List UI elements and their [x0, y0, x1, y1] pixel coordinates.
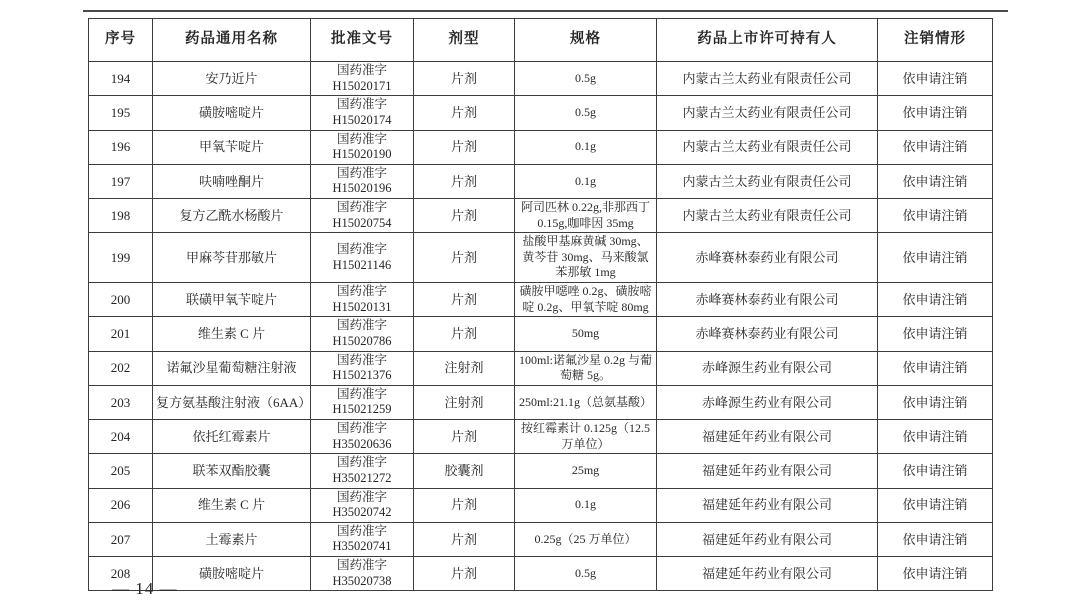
- cell-no: 198: [89, 199, 153, 233]
- cell-form: 片剂: [414, 62, 515, 96]
- cell-form: 片剂: [414, 164, 515, 198]
- cell-spec: 盐酸甲基麻黄碱 30mg、黄芩苷 30mg、马来酸氯苯那敏 1mg: [515, 233, 657, 283]
- cell-approval: 国药准字 H15021376: [311, 351, 414, 385]
- cell-holder: 赤峰赛林泰药业有限公司: [657, 233, 878, 283]
- cell-name: 维生素 C 片: [153, 317, 311, 351]
- cell-holder: 内蒙古兰太药业有限责任公司: [657, 164, 878, 198]
- column-header-holder: 药品上市许可持有人: [657, 19, 878, 62]
- cell-approval: 国药准字 H15020754: [311, 199, 414, 233]
- page-number: — 14 —: [112, 579, 178, 599]
- table-row: 195磺胺嘧啶片国药准字 H15020174片剂0.5g内蒙古兰太药业有限责任公…: [89, 96, 993, 130]
- cell-status: 依申请注销: [878, 283, 993, 317]
- cell-spec: 25mg: [515, 454, 657, 488]
- table-row: 203复方氨基酸注射液（6AA）国药准字 H15021259注射剂250ml:2…: [89, 385, 993, 419]
- cell-no: 207: [89, 522, 153, 556]
- cell-approval: 国药准字 H15020131: [311, 283, 414, 317]
- cell-status: 依申请注销: [878, 522, 993, 556]
- cell-spec: 磺胺甲噁唑 0.2g、磺胺嘧啶 0.2g、甲氧苄啶 80mg: [515, 283, 657, 317]
- cell-form: 片剂: [414, 283, 515, 317]
- cell-status: 依申请注销: [878, 385, 993, 419]
- cell-approval: 国药准字 H35020738: [311, 557, 414, 591]
- cell-name: 磺胺嘧啶片: [153, 96, 311, 130]
- cell-holder: 福建延年药业有限公司: [657, 454, 878, 488]
- column-header-spec: 规格: [515, 19, 657, 62]
- cell-name: 维生素 C 片: [153, 488, 311, 522]
- cell-holder: 赤峰源生药业有限公司: [657, 385, 878, 419]
- cell-status: 依申请注销: [878, 454, 993, 488]
- table-row: 196甲氧苄啶片国药准字 H15020190片剂0.1g内蒙古兰太药业有限责任公…: [89, 130, 993, 164]
- cell-holder: 福建延年药业有限公司: [657, 522, 878, 556]
- cell-spec: 0.5g: [515, 62, 657, 96]
- cell-holder: 福建延年药业有限公司: [657, 420, 878, 454]
- cell-form: 片剂: [414, 233, 515, 283]
- drug-deregistration-table: 序号 药品通用名称 批准文号 剂型 规格 药品上市许可持有人 注销情形 194安…: [88, 18, 993, 591]
- cell-name: 复方氨基酸注射液（6AA）: [153, 385, 311, 419]
- table-row: 194安乃近片国药准字 H15020171片剂0.5g内蒙古兰太药业有限责任公司…: [89, 62, 993, 96]
- cell-no: 197: [89, 164, 153, 198]
- cell-holder: 内蒙古兰太药业有限责任公司: [657, 199, 878, 233]
- table-body: 194安乃近片国药准字 H15020171片剂0.5g内蒙古兰太药业有限责任公司…: [89, 62, 993, 591]
- cell-spec: 0.5g: [515, 96, 657, 130]
- cell-approval: 国药准字 H15020174: [311, 96, 414, 130]
- cell-name: 呋喃唑酮片: [153, 164, 311, 198]
- cell-form: 片剂: [414, 522, 515, 556]
- table-row: 204依托红霉素片国药准字 H35020636片剂按红霉素计 0.125g（12…: [89, 420, 993, 454]
- table-row: 202诺氟沙星葡萄糖注射液国药准字 H15021376注射剂100ml:诺氟沙星…: [89, 351, 993, 385]
- table-row: 207土霉素片国药准字 H35020741片剂0.25g（25 万单位）福建延年…: [89, 522, 993, 556]
- cell-no: 194: [89, 62, 153, 96]
- cell-approval: 国药准字 H35020742: [311, 488, 414, 522]
- cell-form: 片剂: [414, 488, 515, 522]
- table-row: 200联磺甲氧苄啶片国药准字 H15020131片剂磺胺甲噁唑 0.2g、磺胺嘧…: [89, 283, 993, 317]
- cell-no: 203: [89, 385, 153, 419]
- cell-no: 201: [89, 317, 153, 351]
- cell-approval: 国药准字 H15020171: [311, 62, 414, 96]
- cell-status: 依申请注销: [878, 130, 993, 164]
- cell-status: 依申请注销: [878, 488, 993, 522]
- cell-name: 诺氟沙星葡萄糖注射液: [153, 351, 311, 385]
- column-header-status: 注销情形: [878, 19, 993, 62]
- cell-name: 甲氧苄啶片: [153, 130, 311, 164]
- cell-status: 依申请注销: [878, 317, 993, 351]
- cell-holder: 内蒙古兰太药业有限责任公司: [657, 96, 878, 130]
- cell-name: 土霉素片: [153, 522, 311, 556]
- cell-approval: 国药准字 H15021259: [311, 385, 414, 419]
- table-row: 208磺胺嘧啶片国药准字 H35020738片剂0.5g福建延年药业有限公司依申…: [89, 557, 993, 591]
- cell-spec: 0.5g: [515, 557, 657, 591]
- cell-no: 195: [89, 96, 153, 130]
- cell-spec: 0.1g: [515, 164, 657, 198]
- cell-spec: 按红霉素计 0.125g（12.5万单位）: [515, 420, 657, 454]
- table-header-row: 序号 药品通用名称 批准文号 剂型 规格 药品上市许可持有人 注销情形: [89, 19, 993, 62]
- cell-no: 199: [89, 233, 153, 283]
- cell-status: 依申请注销: [878, 164, 993, 198]
- column-header-name: 药品通用名称: [153, 19, 311, 62]
- cell-spec: 0.1g: [515, 130, 657, 164]
- cell-status: 依申请注销: [878, 62, 993, 96]
- cell-holder: 福建延年药业有限公司: [657, 557, 878, 591]
- cell-form: 片剂: [414, 420, 515, 454]
- cell-spec: 0.25g（25 万单位）: [515, 522, 657, 556]
- cell-approval: 国药准字 H35020636: [311, 420, 414, 454]
- cell-no: 200: [89, 283, 153, 317]
- table-row: 201维生素 C 片国药准字 H15020786片剂50mg赤峰赛林泰药业有限公…: [89, 317, 993, 351]
- cell-holder: 内蒙古兰太药业有限责任公司: [657, 130, 878, 164]
- column-header-no: 序号: [89, 19, 153, 62]
- column-header-form: 剂型: [414, 19, 515, 62]
- table-row: 198复方乙酰水杨酸片国药准字 H15020754片剂阿司匹林 0.22g,非那…: [89, 199, 993, 233]
- cell-spec: 阿司匹林 0.22g,非那西丁 0.15g,咖啡因 35mg: [515, 199, 657, 233]
- cell-no: 205: [89, 454, 153, 488]
- table-row: 205联苯双酯胶囊国药准字 H35021272胶囊剂25mg福建延年药业有限公司…: [89, 454, 993, 488]
- cell-status: 依申请注销: [878, 351, 993, 385]
- cell-approval: 国药准字 H15020190: [311, 130, 414, 164]
- cell-holder: 赤峰源生药业有限公司: [657, 351, 878, 385]
- cell-name: 安乃近片: [153, 62, 311, 96]
- cell-form: 片剂: [414, 96, 515, 130]
- cell-no: 204: [89, 420, 153, 454]
- cell-approval: 国药准字 H35021272: [311, 454, 414, 488]
- page-top-rule: [83, 10, 1008, 12]
- cell-spec: 100ml:诺氟沙星 0.2g 与葡萄糖 5g。: [515, 351, 657, 385]
- table-row: 197呋喃唑酮片国药准字 H15020196片剂0.1g内蒙古兰太药业有限责任公…: [89, 164, 993, 198]
- cell-form: 片剂: [414, 317, 515, 351]
- cell-spec: 250ml:21.1g（总氨基酸）: [515, 385, 657, 419]
- cell-holder: 赤峰赛林泰药业有限公司: [657, 317, 878, 351]
- cell-name: 依托红霉素片: [153, 420, 311, 454]
- cell-form: 注射剂: [414, 351, 515, 385]
- cell-holder: 内蒙古兰太药业有限责任公司: [657, 62, 878, 96]
- cell-approval: 国药准字 H15020786: [311, 317, 414, 351]
- cell-approval: 国药准字 H35020741: [311, 522, 414, 556]
- cell-form: 片剂: [414, 557, 515, 591]
- cell-name: 联苯双酯胶囊: [153, 454, 311, 488]
- cell-holder: 赤峰赛林泰药业有限公司: [657, 283, 878, 317]
- cell-status: 依申请注销: [878, 96, 993, 130]
- table-row: 199甲麻芩苷那敏片国药准字 H15021146片剂盐酸甲基麻黄碱 30mg、黄…: [89, 233, 993, 283]
- cell-no: 202: [89, 351, 153, 385]
- cell-holder: 福建延年药业有限公司: [657, 488, 878, 522]
- cell-status: 依申请注销: [878, 557, 993, 591]
- cell-status: 依申请注销: [878, 420, 993, 454]
- cell-name: 复方乙酰水杨酸片: [153, 199, 311, 233]
- cell-form: 注射剂: [414, 385, 515, 419]
- cell-no: 196: [89, 130, 153, 164]
- cell-status: 依申请注销: [878, 199, 993, 233]
- cell-approval: 国药准字 H15021146: [311, 233, 414, 283]
- cell-approval: 国药准字 H15020196: [311, 164, 414, 198]
- cell-form: 片剂: [414, 130, 515, 164]
- cell-name: 甲麻芩苷那敏片: [153, 233, 311, 283]
- cell-no: 206: [89, 488, 153, 522]
- cell-name: 联磺甲氧苄啶片: [153, 283, 311, 317]
- cell-form: 片剂: [414, 199, 515, 233]
- cell-spec: 0.1g: [515, 488, 657, 522]
- cell-status: 依申请注销: [878, 233, 993, 283]
- table-row: 206维生素 C 片国药准字 H35020742片剂0.1g福建延年药业有限公司…: [89, 488, 993, 522]
- column-header-approval: 批准文号: [311, 19, 414, 62]
- cell-spec: 50mg: [515, 317, 657, 351]
- cell-form: 胶囊剂: [414, 454, 515, 488]
